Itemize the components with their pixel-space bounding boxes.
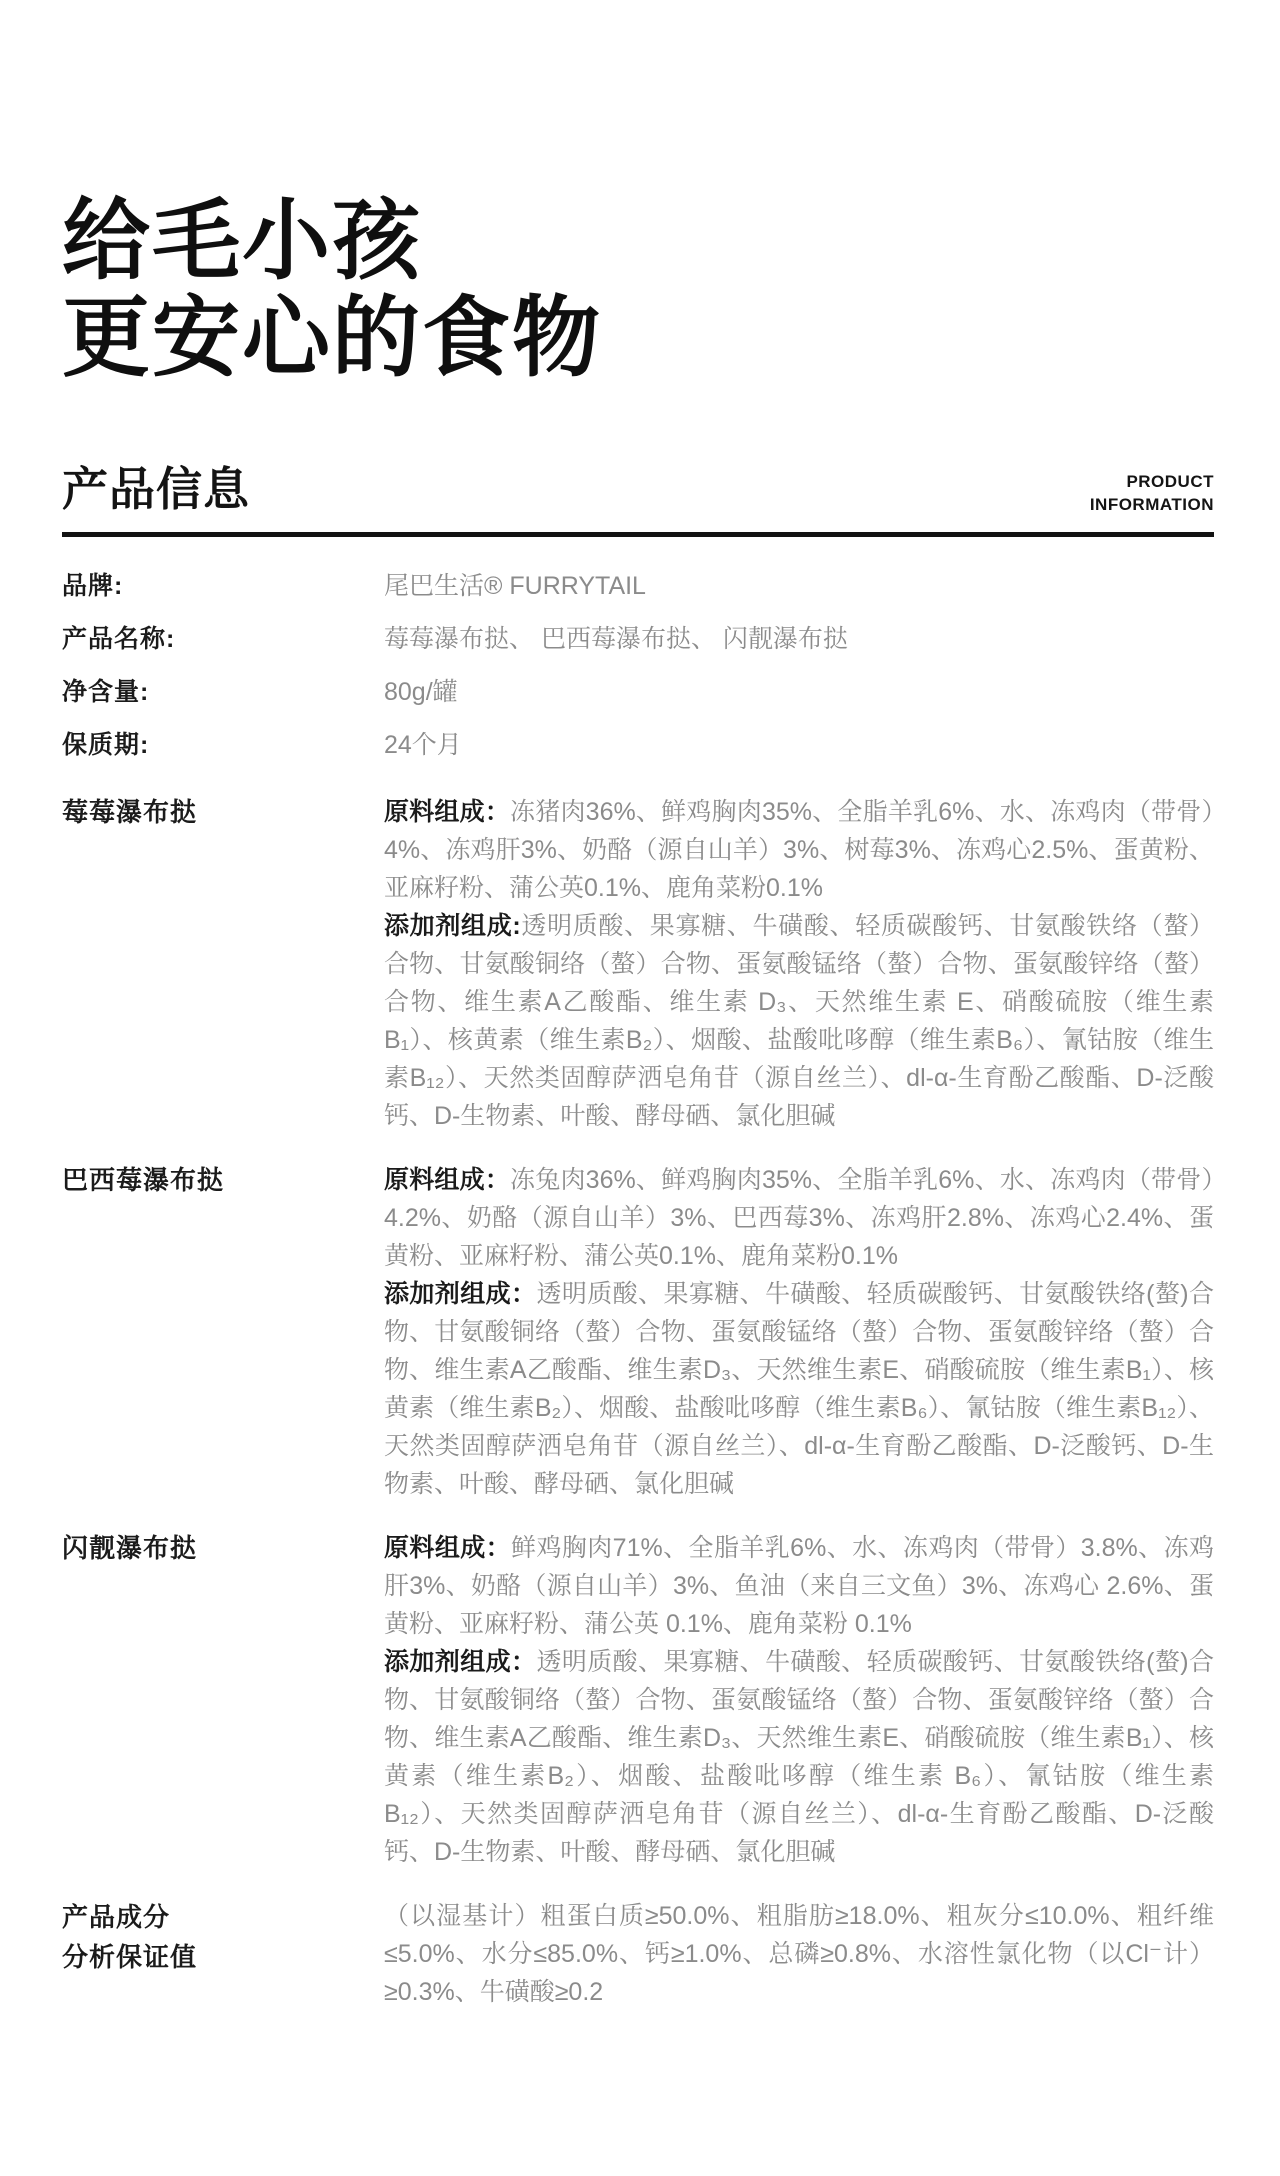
section-title: 产品信息	[62, 462, 250, 516]
ingredients-paragraph: 原料组成：冻兔肉36%、鲜鸡胸肉35%、全脂羊乳6%、水、冻鸡肉（带骨）4.2%…	[384, 1161, 1214, 1275]
section-title-en-line2: INFORMATION	[1090, 493, 1214, 516]
ingredients-paragraph: 原料组成：冻猪肉36%、鲜鸡胸肉35%、全脂羊乳6%、水、冻鸡肉（带骨）4%、冻…	[384, 793, 1214, 907]
ingredients-label: 原料组成：	[384, 798, 510, 826]
header-divider	[62, 532, 1214, 537]
additives-paragraph: 添加剂组成：透明质酸、果寡糖、牛磺酸、轻质碳酸钙、甘氨酸铁络(螯)合物、甘氨酸铜…	[384, 1643, 1214, 1871]
ingredients-paragraph: 原料组成：鲜鸡胸肉71%、全脂羊乳6%、水、冻鸡肉（带骨）3.8%、冻鸡肝3%、…	[384, 1529, 1214, 1643]
info-value: 80g/罐	[384, 677, 1214, 707]
product-name: 巴西莓瀑布挞	[62, 1161, 384, 1503]
additives-label: 添加剂组成：	[384, 1648, 536, 1676]
additives-text: 透明质酸、果寡糖、牛磺酸、轻质碳酸钙、甘氨酸铁络(螯)合物、甘氨酸铜络（螯）合物…	[384, 1280, 1214, 1498]
additives-text: 透明质酸、果寡糖、牛磺酸、轻质碳酸钙、甘氨酸铁络（螯）合物、甘氨酸铜络（螯）合物…	[384, 912, 1214, 1130]
analysis-label: 产品成分 分析保证值	[62, 1897, 384, 2011]
analysis-label-line1: 产品成分	[62, 1897, 384, 1937]
additives-label: 添加剂组成:	[384, 912, 521, 940]
analysis-label-line2: 分析保证值	[62, 1937, 384, 1977]
additives-label: 添加剂组成：	[384, 1280, 536, 1308]
hero-title-line1: 给毛小孩	[62, 192, 1214, 289]
info-label: 品牌:	[62, 571, 384, 601]
product-section-acai: 巴西莓瀑布挞 原料组成：冻兔肉36%、鲜鸡胸肉35%、全脂羊乳6%、水、冻鸡肉（…	[62, 1161, 1214, 1503]
info-label: 保质期:	[62, 730, 384, 760]
section-title-en-line1: PRODUCT	[1090, 470, 1214, 493]
info-value: 尾巴生活® FURRYTAIL	[384, 571, 1214, 601]
ingredients-label: 原料组成：	[384, 1166, 510, 1194]
product-sections: 莓莓瀑布挞 原料组成：冻猪肉36%、鲜鸡胸肉35%、全脂羊乳6%、水、冻鸡肉（带…	[62, 793, 1214, 1871]
product-details: 原料组成：鲜鸡胸肉71%、全脂羊乳6%、水、冻鸡肉（带骨）3.8%、冻鸡肝3%、…	[384, 1529, 1214, 1871]
additives-paragraph: 添加剂组成:透明质酸、果寡糖、牛磺酸、轻质碳酸钙、甘氨酸铁络（螯）合物、甘氨酸铜…	[384, 907, 1214, 1135]
info-row-product-name: 产品名称: 莓莓瀑布挞、 巴西莓瀑布挞、 闪靓瀑布挞	[62, 624, 1214, 654]
product-name: 莓莓瀑布挞	[62, 793, 384, 1135]
analysis-section: 产品成分 分析保证值 （以湿基计）粗蛋白质≥50.0%、粗脂肪≥18.0%、粗灰…	[62, 1897, 1214, 2011]
info-rows: 品牌: 尾巴生活® FURRYTAIL 产品名称: 莓莓瀑布挞、 巴西莓瀑布挞、…	[62, 571, 1214, 760]
product-details: 原料组成：冻兔肉36%、鲜鸡胸肉35%、全脂羊乳6%、水、冻鸡肉（带骨）4.2%…	[384, 1161, 1214, 1503]
info-value: 莓莓瀑布挞、 巴西莓瀑布挞、 闪靓瀑布挞	[384, 624, 1214, 654]
hero-title-line2: 更安心的食物	[62, 289, 1214, 386]
product-section-shiny: 闪靓瀑布挞 原料组成：鲜鸡胸肉71%、全脂羊乳6%、水、冻鸡肉（带骨）3.8%、…	[62, 1529, 1214, 1871]
product-information-page: 给毛小孩 更安心的食物 产品信息 PRODUCT INFORMATION 品牌:…	[0, 0, 1280, 2176]
hero-title: 给毛小孩 更安心的食物	[62, 0, 1214, 386]
info-row-net-content: 净含量: 80g/罐	[62, 677, 1214, 707]
info-value: 24个月	[384, 730, 1214, 760]
section-header: 产品信息 PRODUCT INFORMATION	[62, 462, 1214, 516]
info-row-brand: 品牌: 尾巴生活® FURRYTAIL	[62, 571, 1214, 601]
info-label: 净含量:	[62, 677, 384, 707]
additives-text: 透明质酸、果寡糖、牛磺酸、轻质碳酸钙、甘氨酸铁络(螯)合物、甘氨酸铜络（螯）合物…	[384, 1648, 1214, 1866]
product-details: 原料组成：冻猪肉36%、鲜鸡胸肉35%、全脂羊乳6%、水、冻鸡肉（带骨）4%、冻…	[384, 793, 1214, 1135]
analysis-text: （以湿基计）粗蛋白质≥50.0%、粗脂肪≥18.0%、粗灰分≤10.0%、粗纤维…	[384, 1897, 1214, 2011]
additives-paragraph: 添加剂组成：透明质酸、果寡糖、牛磺酸、轻质碳酸钙、甘氨酸铁络(螯)合物、甘氨酸铜…	[384, 1275, 1214, 1503]
info-row-shelf-life: 保质期: 24个月	[62, 730, 1214, 760]
ingredients-label: 原料组成：	[384, 1534, 511, 1562]
info-label: 产品名称:	[62, 624, 384, 654]
product-name: 闪靓瀑布挞	[62, 1529, 384, 1871]
product-section-berry: 莓莓瀑布挞 原料组成：冻猪肉36%、鲜鸡胸肉35%、全脂羊乳6%、水、冻鸡肉（带…	[62, 793, 1214, 1135]
section-title-en: PRODUCT INFORMATION	[1090, 470, 1214, 516]
